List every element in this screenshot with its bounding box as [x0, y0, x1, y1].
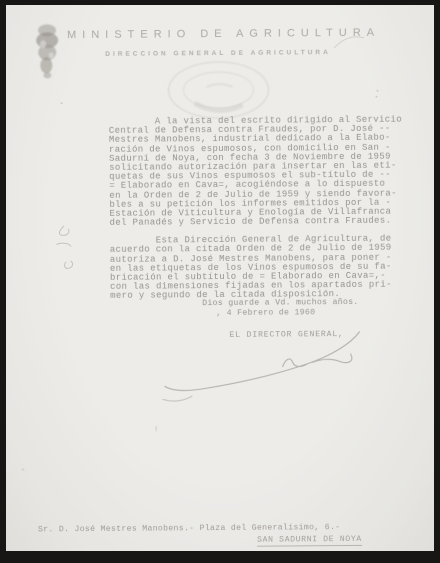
paper-speck [61, 102, 63, 104]
pencil-mark-icon [42, 220, 88, 278]
paragraph-1: A la vista del escrito dirigido al Servi… [109, 116, 410, 229]
closing-salutation: Dios guarde a Vd. muchos años. [202, 298, 358, 309]
typed-line: del Panadés y Servicio de Defensa contra… [110, 217, 410, 229]
letter-body: A la vista del escrito dirigido al Servi… [109, 116, 410, 302]
addressee-line: Sr. D. José Mestres Manobens.- Plaza del… [38, 523, 340, 534]
closing-date: , 4 Febrero de 1960 [216, 307, 358, 318]
page-content: MINISTERIO DE AGRICULTURA DIRECCION GENE… [4, 3, 436, 552]
paragraph-2: Esta Dirección General de Agricultura, d… [110, 235, 410, 302]
closing-block: Dios guarde a Vd. muchos años. , 4 Febre… [202, 298, 359, 318]
paper-speck [376, 96, 378, 98]
scanned-letter-screenshot: { "colors": { "paper": "#e9e8e5", "frame… [0, 0, 440, 563]
handwritten-signature-icon [154, 324, 407, 410]
document-page: MINISTERIO DE AGRICULTURA DIRECCION GENE… [6, 5, 434, 551]
paper-speck [21, 469, 24, 471]
paper-speck [155, 425, 157, 431]
city-line: SAN SADURNI DE NOYA [257, 535, 362, 546]
pen-scribble-icon [332, 32, 366, 54]
ministry-crest-icon [32, 22, 62, 80]
paper-speck [377, 90, 379, 92]
